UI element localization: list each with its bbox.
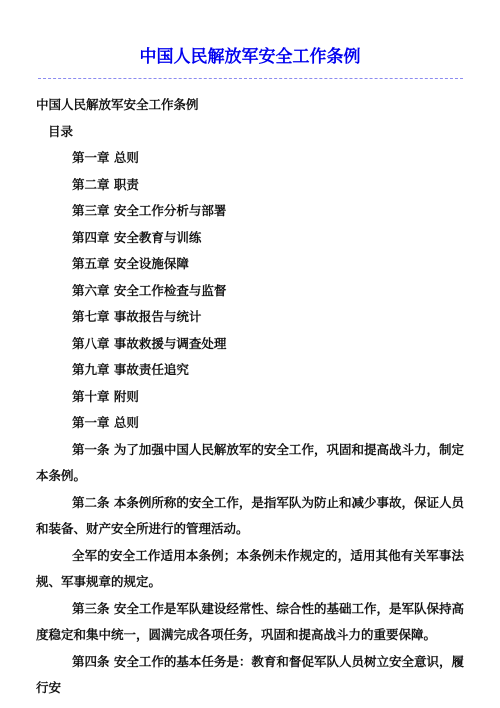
dashed-divider — [38, 78, 463, 79]
toc-item-chapter-10: 第十章 附则 — [36, 384, 464, 411]
body-paragraph-article-2b: 全军的安全工作适用本条例；本条例未作规定的，适用其他有关军事法规、军事规章的规定… — [36, 543, 464, 596]
toc-label: 目录 — [36, 119, 464, 146]
chapter-1-heading: 第一章 总则 — [36, 410, 464, 437]
toc-item-chapter-8: 第八章 事故救援与调查处理 — [36, 331, 464, 358]
toc-item-chapter-4: 第四章 安全教育与训练 — [36, 225, 464, 252]
toc-item-chapter-5: 第五章 安全设施保障 — [36, 251, 464, 278]
body-paragraph-article-2: 第二条 本条例所称的安全工作，是指军队为防止和减少事故，保证人员和装备、财产安全… — [36, 490, 464, 543]
toc-item-chapter-3: 第三章 安全工作分析与部署 — [36, 198, 464, 225]
toc-item-chapter-2: 第二章 职责 — [36, 172, 464, 199]
document-page: 中国人民解放军安全工作条例 中国人民解放军安全工作条例 目录 第一章 总则 第二… — [0, 0, 500, 708]
toc-item-chapter-6: 第六章 安全工作检查与监督 — [36, 278, 464, 305]
document-heading: 中国人民解放军安全工作条例 — [36, 92, 464, 119]
toc-item-chapter-9: 第九章 事故责任追究 — [36, 357, 464, 384]
body-paragraph-article-4: 第四条 安全工作的基本任务是：教育和督促军队人员树立安全意识，履行安 — [36, 649, 464, 702]
document-body: 中国人民解放军安全工作条例 目录 第一章 总则 第二章 职责 第三章 安全工作分… — [36, 92, 464, 702]
toc-item-chapter-7: 第七章 事故报告与统计 — [36, 304, 464, 331]
page-title: 中国人民解放军安全工作条例 — [0, 0, 500, 68]
toc-item-chapter-1: 第一章 总则 — [36, 145, 464, 172]
body-paragraph-article-1: 第一条 为了加强中国人民解放军的安全工作，巩固和提高战斗力，制定本条例。 — [36, 437, 464, 490]
body-paragraph-article-3: 第三条 安全工作是军队建设经常性、综合性的基础工作，是军队保持高度稳定和集中统一… — [36, 596, 464, 649]
